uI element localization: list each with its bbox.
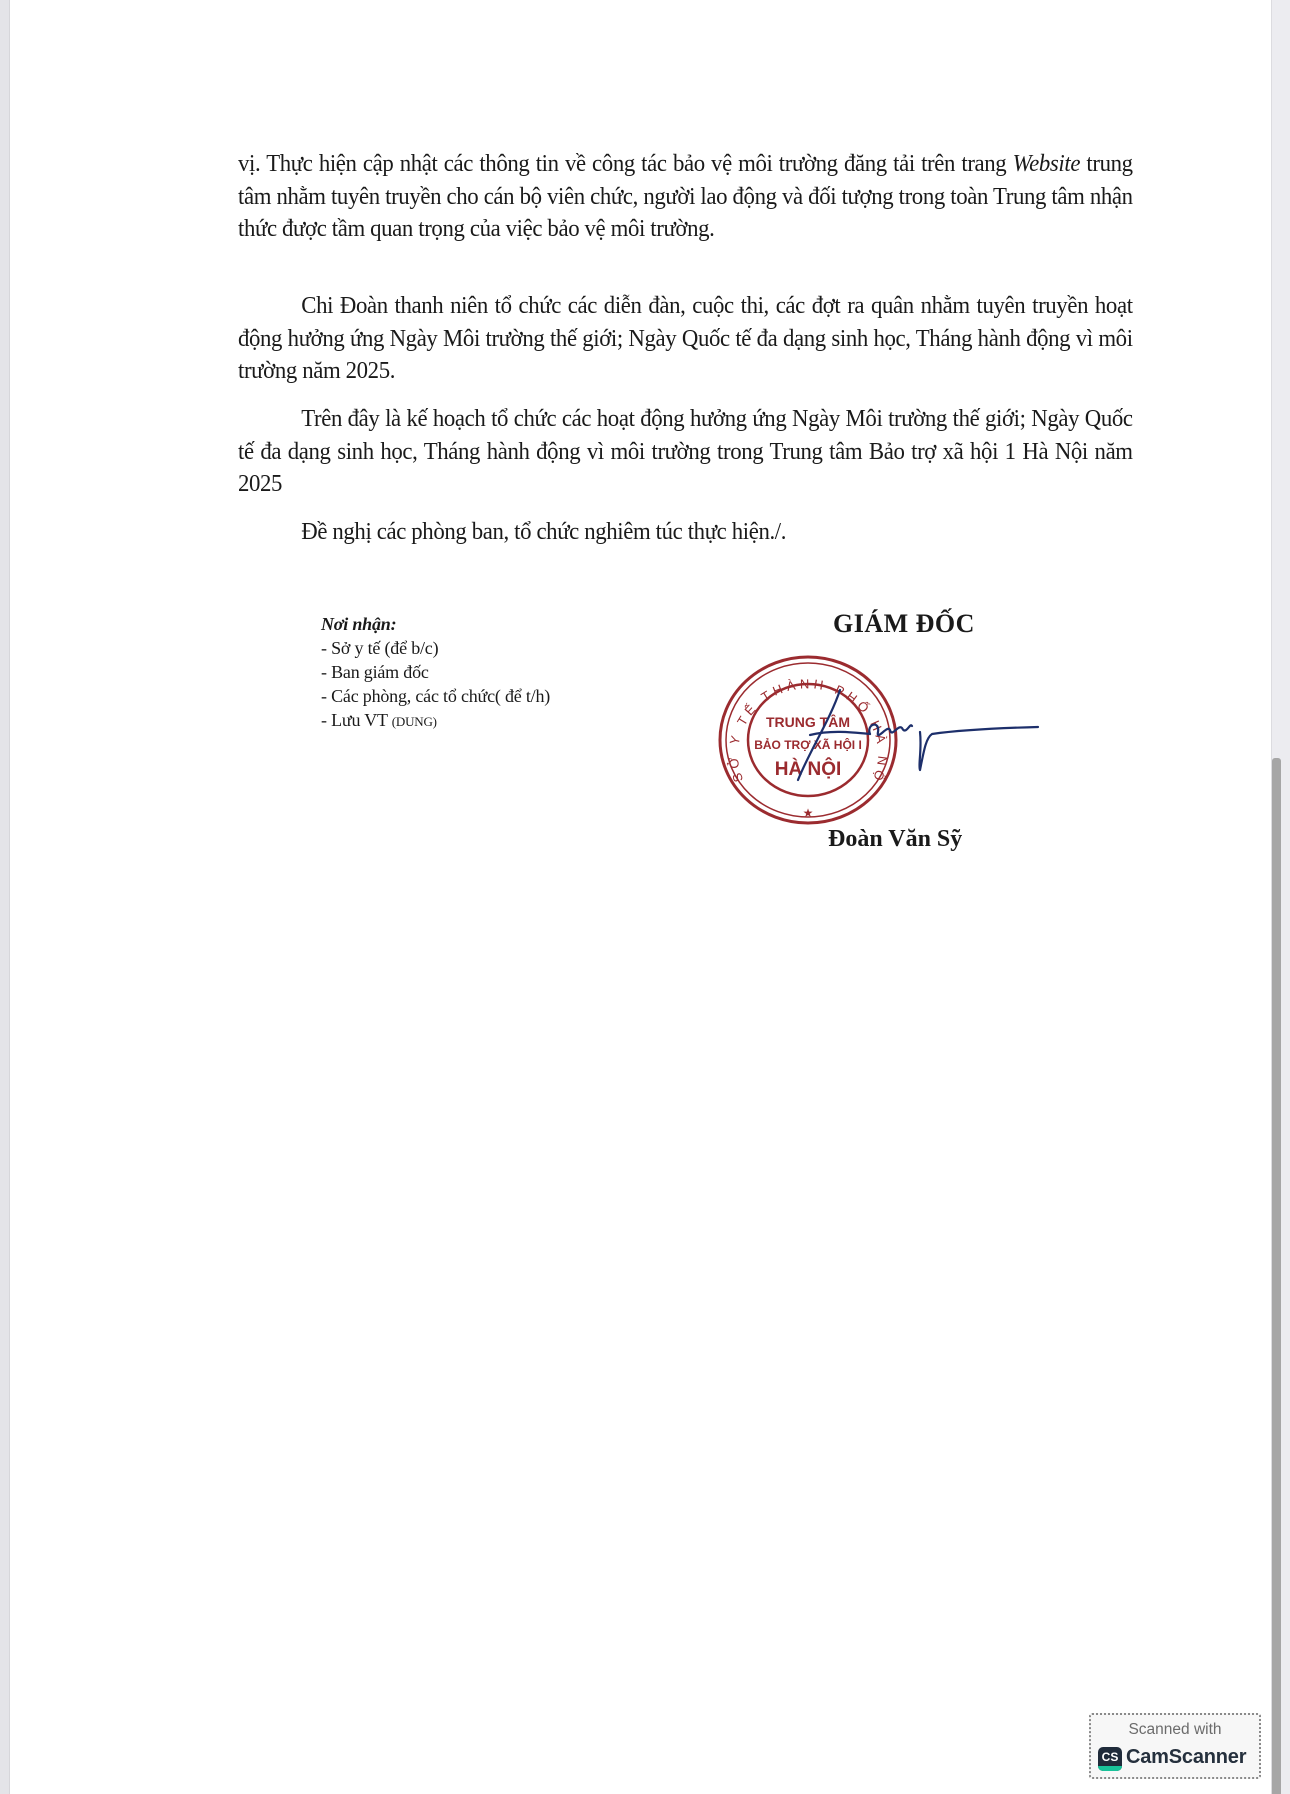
scrollbar-thumb[interactable] <box>1272 758 1281 1794</box>
paragraph-plan-summary: Trên đây là kế hoạch tổ chức các hoạt độ… <box>238 403 1133 501</box>
website-emphasis: Website <box>1013 150 1080 177</box>
recipients-block: Nơi nhận: - Sở y tế (để b/c) - Ban giám … <box>321 612 550 734</box>
recipients-title: Nơi nhận: <box>321 612 550 636</box>
watermark-caption: Scanned with <box>1091 1721 1259 1739</box>
signer-title: GIÁM ĐỐC <box>833 609 975 639</box>
document-page: vị. Thực hiện cập nhật các thông tin về … <box>10 0 1272 1794</box>
camscanner-watermark: Scanned with CS CamScanner <box>1089 1713 1261 1779</box>
recipient-item: - Ban giám đốc <box>321 660 550 684</box>
camscanner-logo-icon: CS <box>1098 1747 1122 1771</box>
paragraph-website-update: vị. Thực hiện cập nhật các thông tin về … <box>238 148 1133 246</box>
viewer-left-edge <box>0 0 10 1794</box>
recipient-item: - Sở y tế (để b/c) <box>321 636 550 660</box>
watermark-brand: CamScanner <box>1126 1746 1246 1769</box>
svg-text:★: ★ <box>803 806 814 820</box>
paragraph-youth-union: Chi Đoàn thanh niên tổ chức các diễn đàn… <box>238 290 1133 388</box>
recipient-item: - Các phòng, các tổ chức( để t/h) <box>321 684 550 708</box>
recipient-item: - Lưu VT (DUNG) <box>321 708 550 734</box>
signer-name: Đoàn Văn Sỹ <box>828 826 962 853</box>
handwritten-signature-icon <box>770 680 1040 790</box>
paragraph-request: Đề nghị các phòng ban, tổ chức nghiêm tú… <box>238 516 1133 549</box>
